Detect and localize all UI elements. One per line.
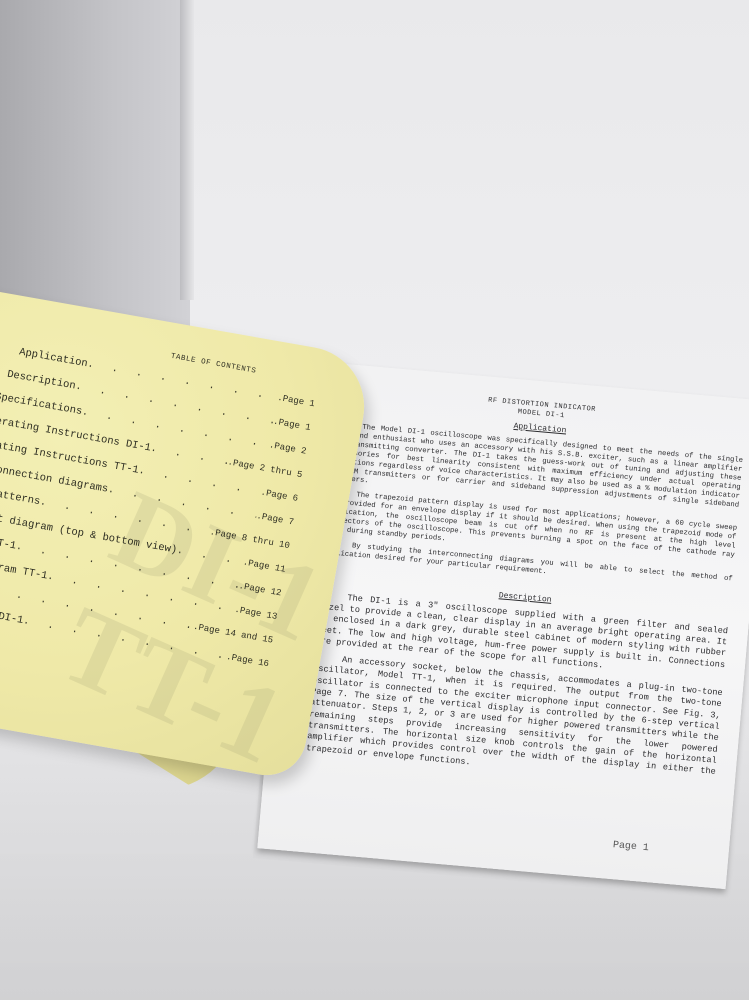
page-number: Page 1 bbox=[612, 840, 649, 854]
background-wall bbox=[0, 0, 190, 330]
background-wall-edge bbox=[180, 0, 194, 300]
